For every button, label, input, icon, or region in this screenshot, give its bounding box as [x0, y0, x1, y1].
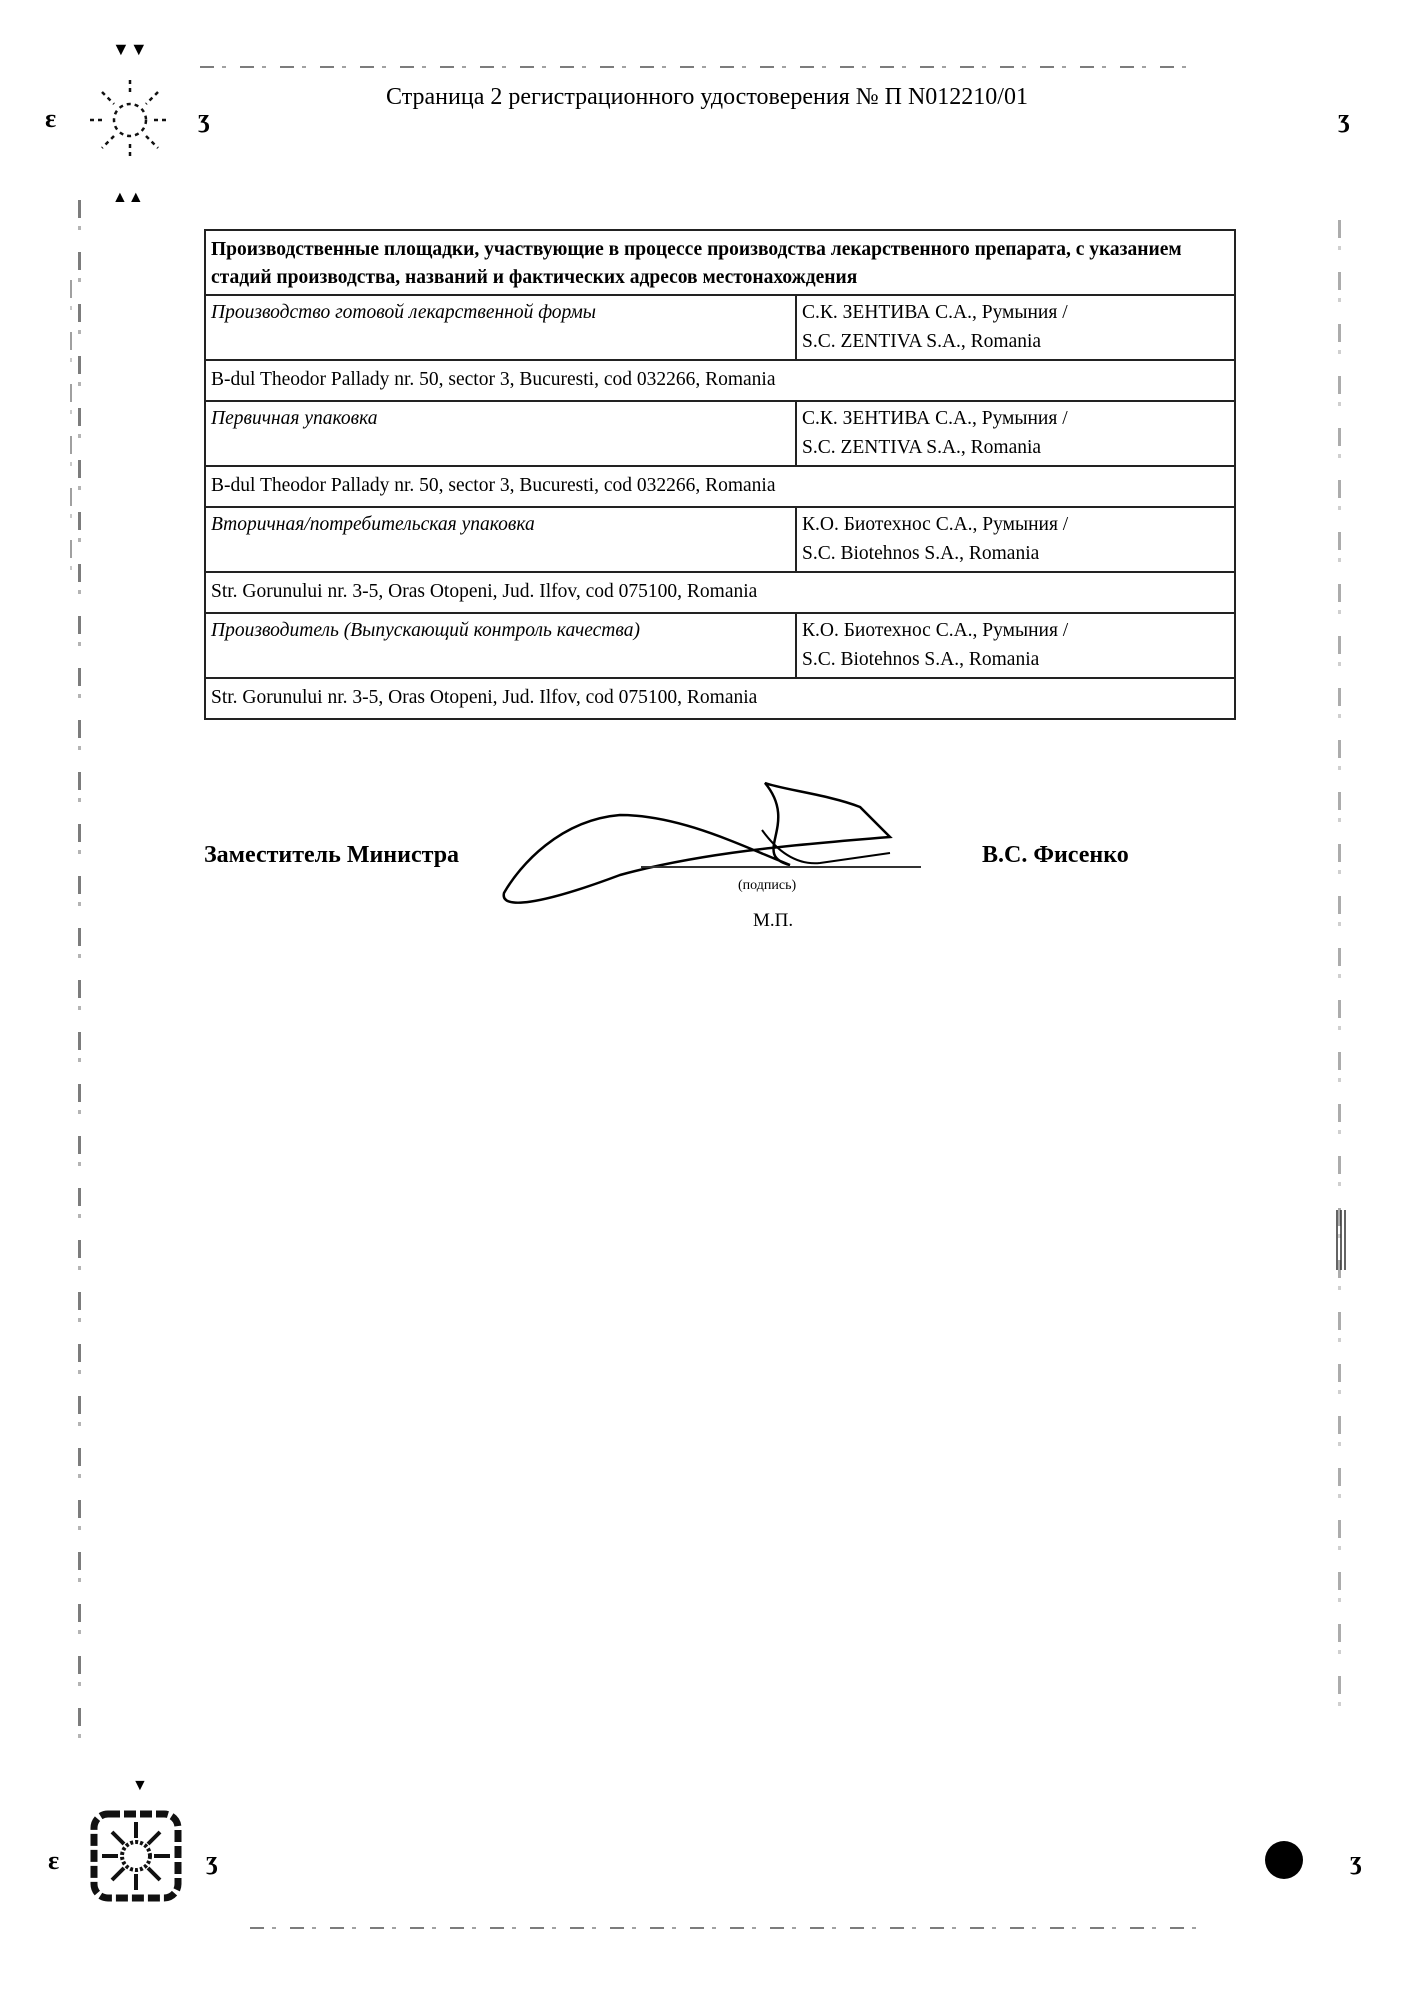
company-name-ru: С.К. ЗЕНТИВА С.А., Румыния / [802, 404, 1228, 433]
company-name-ru: К.О. Биотехнос С.А., Румыния / [802, 616, 1228, 645]
border-right-mark [1336, 1210, 1346, 1270]
company-cell: К.О. Биотехнос С.А., Румыния / S.C. Biot… [796, 613, 1235, 678]
address-cell: Str. Gorunului nr. 3-5, Oras Otopeni, Ju… [205, 572, 1235, 613]
rosette-bottom-left-icon [88, 1808, 184, 1904]
table-heading-row: Производственные площадки, участвующие в… [205, 230, 1235, 295]
rosette-top-left-icon [70, 60, 190, 180]
address-cell: B-dul Theodor Pallady nr. 50, sector 3, … [205, 466, 1235, 507]
table-row: Первичная упаковка С.К. ЗЕНТИВА С.А., Ру… [205, 401, 1235, 466]
address-cell: Str. Gorunului nr. 3-5, Oras Otopeni, Ju… [205, 678, 1235, 719]
seal-label: М.П. [753, 910, 793, 932]
address-cell: B-dul Theodor Pallady nr. 50, sector 3, … [205, 360, 1235, 401]
table-row: B-dul Theodor Pallady nr. 50, sector 3, … [205, 466, 1235, 507]
dot-bottom-right-icon [1262, 1838, 1306, 1882]
stage-cell: Производство готовой лекарственной формы [205, 295, 796, 360]
signer-position: Заместитель Министра [204, 842, 459, 869]
company-name-en: S.C. Biotehnos S.A., Romania [802, 645, 1228, 674]
page-header: Страница 2 регистрационного удостоверени… [0, 84, 1414, 111]
stage-cell: Первичная упаковка [205, 401, 796, 466]
company-name-ru: К.О. Биотехнос С.А., Румыния / [802, 510, 1228, 539]
signer-name: В.С. Фисенко [982, 842, 1129, 869]
table-row: Str. Gorunului nr. 3-5, Oras Otopeni, Ju… [205, 678, 1235, 719]
table-heading: Производственные площадки, участвующие в… [205, 230, 1235, 295]
ornament-bottom-top-mark-icon: ▼ [132, 1778, 148, 1794]
border-left-inner-ornament [70, 280, 72, 580]
ornament-top-mark-icon: ▼▼ [112, 40, 148, 58]
border-right-ornament [1338, 220, 1341, 1720]
manufacturing-sites-table: Производственные площадки, участвующие в… [204, 229, 1236, 720]
table-row: Вторичная/потребительская упаковка К.О. … [205, 507, 1235, 572]
table-row: Str. Gorunului nr. 3-5, Oras Otopeni, Ju… [205, 572, 1235, 613]
signature-caption: (подпись) [738, 878, 796, 894]
ornament-bottom-mark-icon: ▲▲ [112, 190, 144, 206]
ornament-bottom-right-mark-icon: ʒ [1350, 1848, 1362, 1874]
stage-cell: Вторичная/потребительская упаковка [205, 507, 796, 572]
table-row: Производство готовой лекарственной формы… [205, 295, 1235, 360]
company-name-en: S.C. ZENTIVA S.A., Romania [802, 433, 1228, 462]
company-cell: С.К. ЗЕНТИВА С.А., Румыния / S.C. ZENTIV… [796, 401, 1235, 466]
company-name-en: S.C. ZENTIVA S.A., Romania [802, 327, 1228, 356]
signature-line [641, 866, 921, 868]
company-name-ru: С.К. ЗЕНТИВА С.А., Румыния / [802, 298, 1228, 327]
table-row: Производитель (Выпускающий контроль каче… [205, 613, 1235, 678]
table-row: B-dul Theodor Pallady nr. 50, sector 3, … [205, 360, 1235, 401]
ornament-bottom-left-arrow-icon: ɛ [48, 1848, 59, 1874]
handwritten-signature-icon [500, 775, 920, 915]
border-top-ornament [200, 66, 1200, 68]
stage-cell: Производитель (Выпускающий контроль каче… [205, 613, 796, 678]
company-cell: К.О. Биотехнос С.А., Румыния / S.C. Biot… [796, 507, 1235, 572]
border-left-ornament [78, 200, 81, 1750]
company-cell: С.К. ЗЕНТИВА С.А., Румыния / S.C. ZENTIV… [796, 295, 1235, 360]
ornament-bottom-right-arrow-icon: ʒ [206, 1848, 218, 1874]
company-name-en: S.C. Biotehnos S.A., Romania [802, 539, 1228, 568]
border-bottom-ornament [250, 1927, 1200, 1929]
